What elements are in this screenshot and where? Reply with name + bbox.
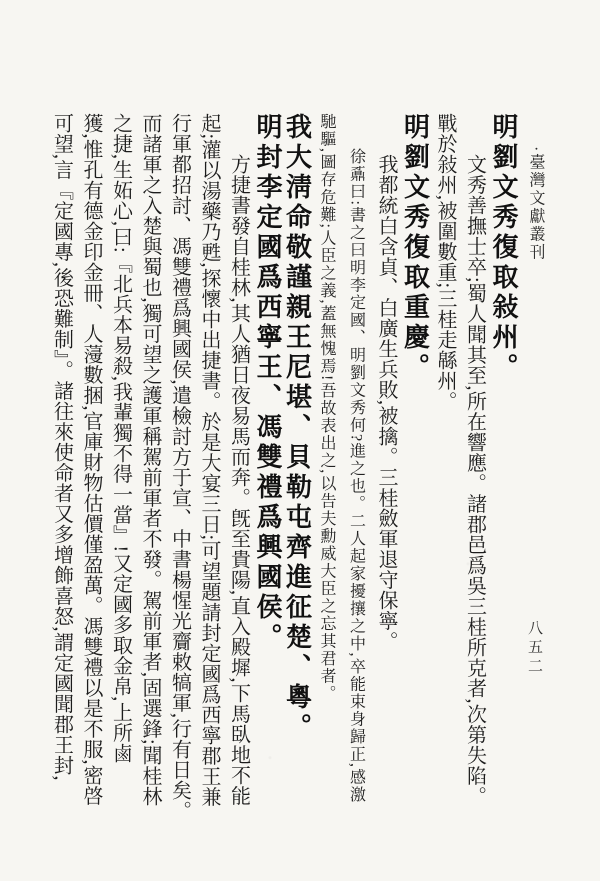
text-column-12-body: 行軍都招討、馮雙禮爲興國侯,遣檢討方于宣、中書楊惺光齎敕犒軍,行有日矣。 bbox=[164, 113, 194, 861]
text-column-13-body: 而諸軍之入楚與蜀也,獨可望之護軍稱駕前軍者不發。駕前軍者,固選鋒;聞桂林 bbox=[135, 113, 165, 861]
text-column-16-body: 可望,言『定國專,後恐難制』。諸往來使命者又多增飾喜怒,謂定國聞郡王封, bbox=[46, 113, 76, 861]
text-column-8-heading: 我大淸命敬謹親王尼堪、貝勒屯齊進征楚、粵。 bbox=[282, 113, 312, 861]
text-column-4-heading: 明劉文秀復取重慶。 bbox=[400, 113, 430, 861]
text-column-1-heading: 明劉文秀復取敍州。 bbox=[489, 113, 519, 861]
text-column-9-heading: 明封李定國爲西寧王、馮雙禮爲興國侯。 bbox=[253, 113, 283, 861]
text-column-7-comment: 馳驅,圖存危難;人臣之義,蓋無愧焉!吾故表出之,以告夫勳威大臣之忘其君者。 bbox=[312, 113, 342, 861]
text-column-5-body: 我都統白含貞、白廣生兵敗,被擒。三桂斂軍退守保寧。 bbox=[371, 113, 401, 861]
text-column-14-body: 之捷,生妬心,曰:『北兵本易殺,我輩獨不得一當』!又定國多取金帛,上所鹵 bbox=[105, 113, 135, 861]
text-column-3-body: 戰於敍州,被圍數重;三桂走緜州。 bbox=[430, 113, 460, 861]
vertical-text-block: 明劉文秀復取敍州。文秀善撫士卒;蜀人聞其至,所在響應。諸郡邑爲吳三桂所克者,次第… bbox=[46, 113, 518, 861]
text-column-11-body: 起;灌以湯藥乃甦,探懷中出捷書。於是大宴三日;可望題請封定國爲西寧郡王兼 bbox=[194, 113, 224, 861]
text-column-2-body: 文秀善撫士卒;蜀人聞其至,所在響應。諸郡邑爲吳三桂所克者,次第失陷。 bbox=[459, 113, 489, 861]
page-number: 八五二 bbox=[524, 620, 545, 677]
series-header: ·臺灣文獻叢刊 bbox=[524, 146, 547, 261]
text-column-10-body: 方捷書發自桂林,其人猶日夜易馬而奔。旣至貴陽,直入殿墀,下馬臥地不能 bbox=[223, 113, 253, 861]
text-column-6-comment: 徐鼒曰:書之曰明李定國、明劉文秀何?進之也。二人起家擾攘之中,卒能束身歸正,感激 bbox=[341, 113, 371, 861]
text-column-15-body: 獲,惟孔有德金印金冊、人薓數捆,官庫財物估價僅盈萬。馮雙禮以是不服,密啓 bbox=[76, 113, 106, 861]
scanned-document-page: ·臺灣文獻叢刊 八五二 明劉文秀復取敍州。文秀善撫士卒;蜀人聞其至,所在響應。諸… bbox=[0, 0, 600, 881]
